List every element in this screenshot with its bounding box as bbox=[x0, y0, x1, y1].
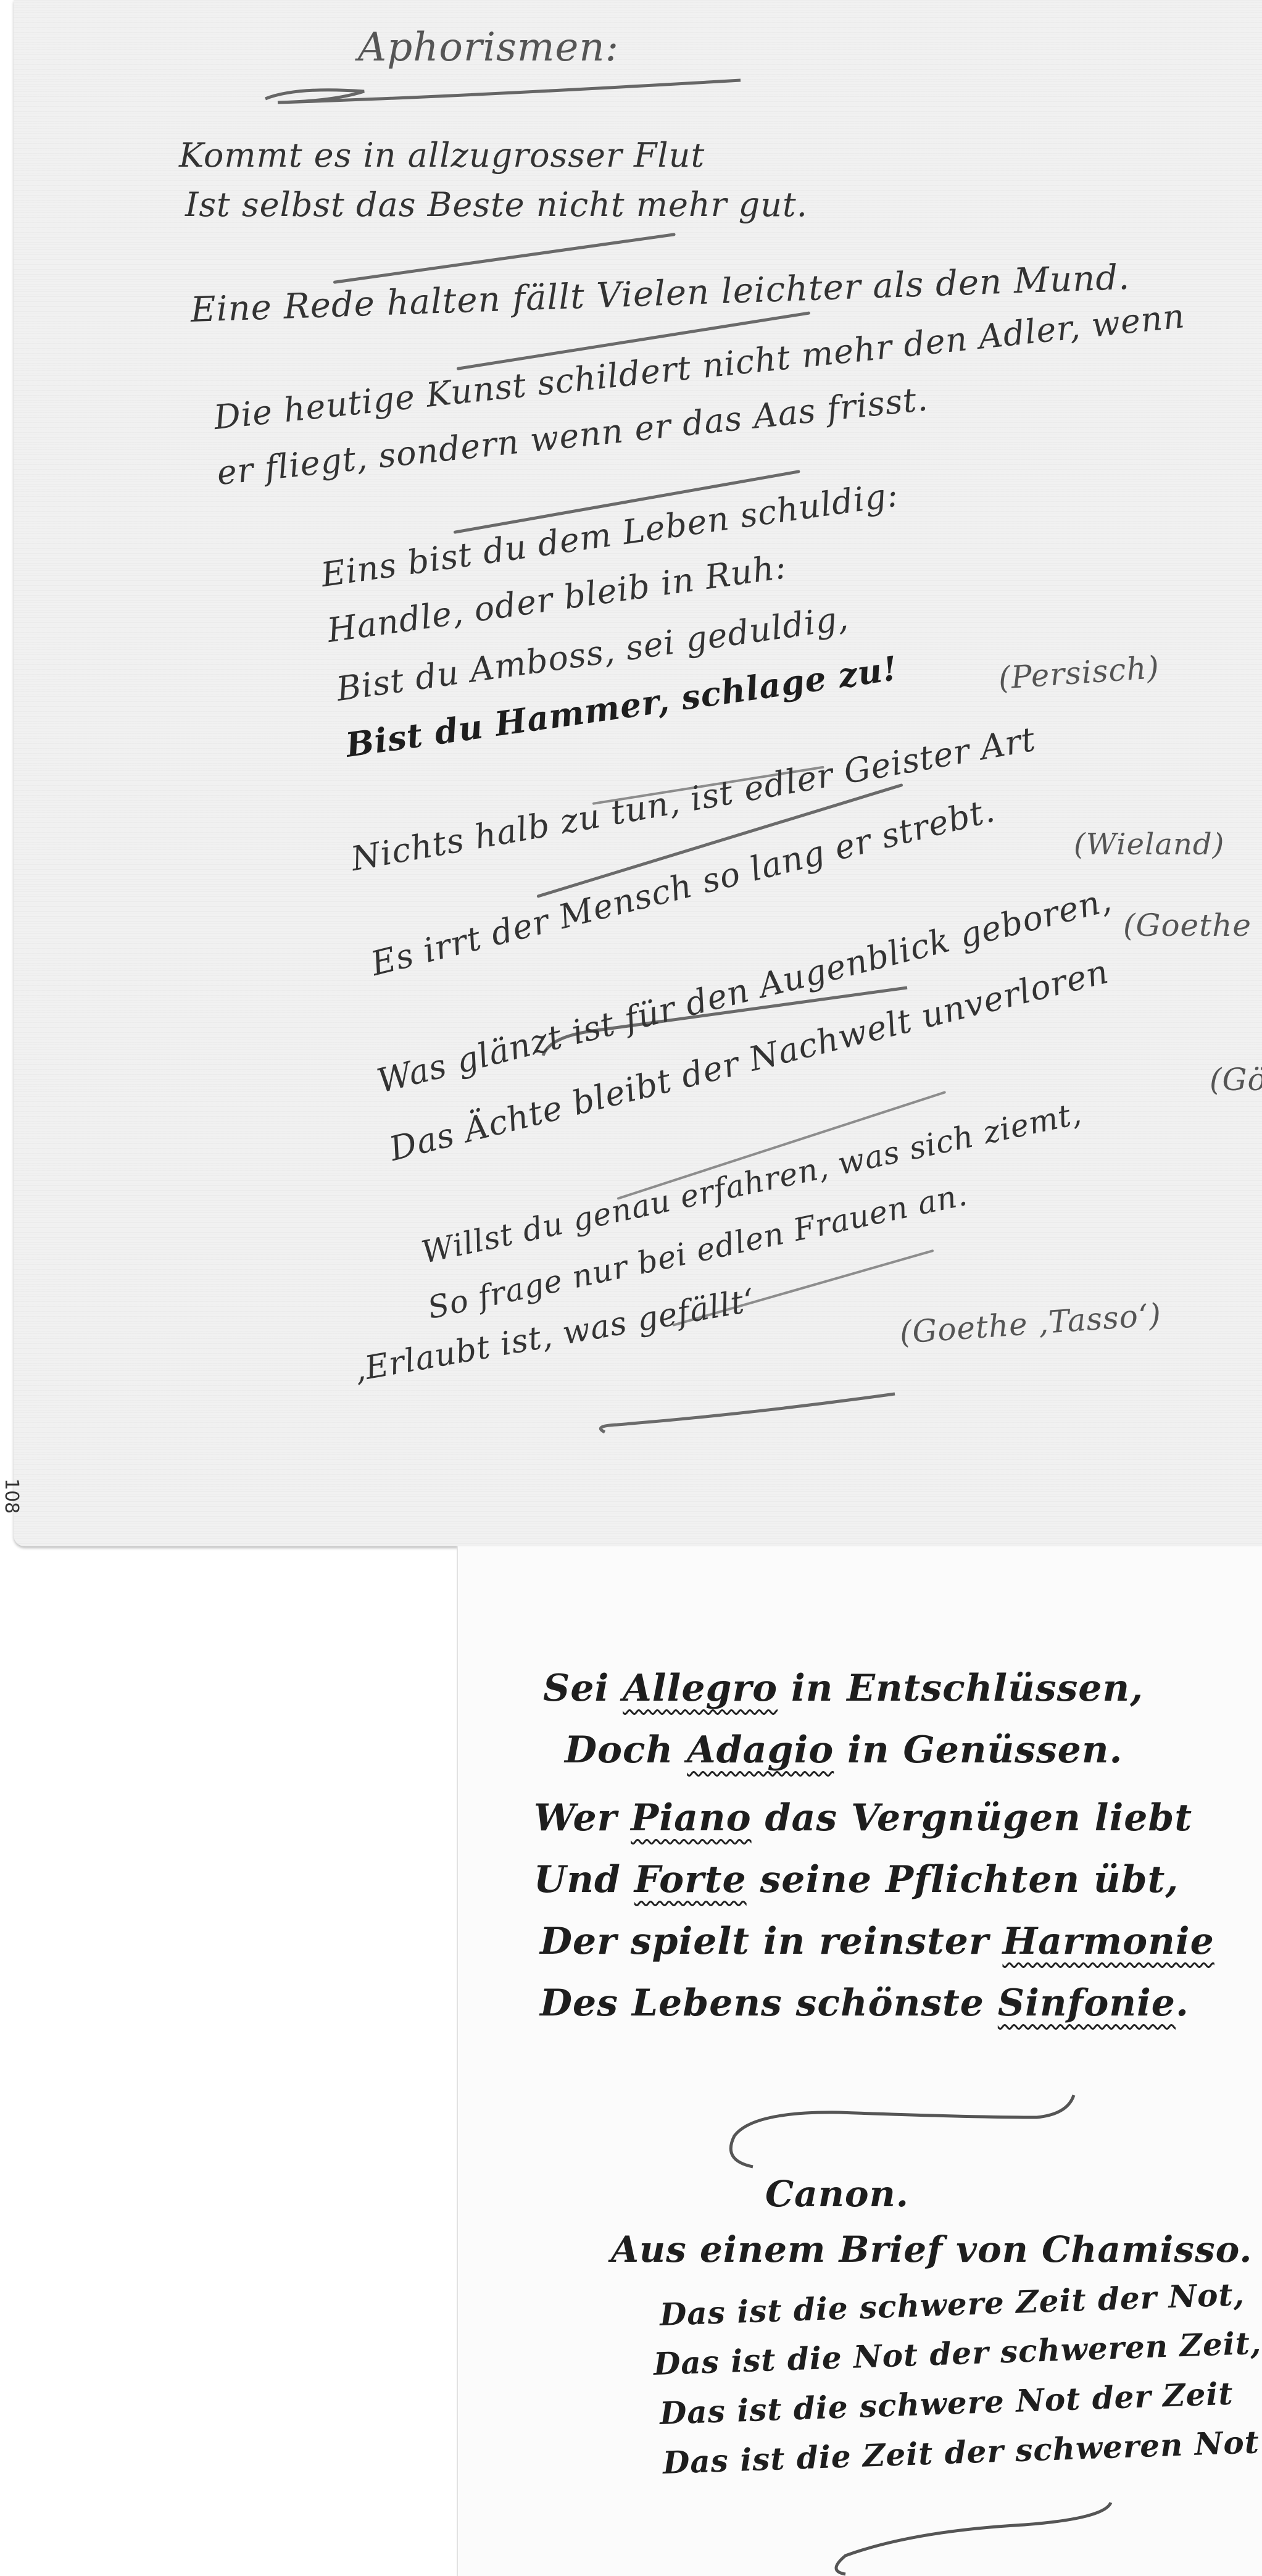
poem-text: Und bbox=[534, 1858, 634, 1901]
aphorism-7-attribution: (Gö bbox=[1210, 1062, 1262, 1098]
poem-text: Der spielt in reinster bbox=[540, 1920, 1002, 1963]
poem-text: Sei bbox=[543, 1667, 623, 1710]
aphorism-6-attribution: (Goethe bbox=[1123, 907, 1252, 943]
separator-flourish bbox=[592, 1389, 901, 1444]
closing-flourish bbox=[821, 2500, 1129, 2576]
aphorism-1-line-2: Ist selbst das Beste nicht mehr gut. bbox=[185, 185, 808, 224]
musical-term-underlined: Forte bbox=[634, 1858, 747, 1901]
poem-text: Wer bbox=[534, 1796, 631, 1840]
page-number: 108 bbox=[1, 1478, 22, 1514]
poem-line-3: Wer Piano das Vergnügen liebt bbox=[534, 1796, 1192, 1840]
poem-text: Des Lebens schönste bbox=[540, 1982, 998, 2025]
poem-line-6: Des Lebens schönste Sinfonie. bbox=[540, 1982, 1189, 2025]
title-underline-flourish bbox=[259, 74, 753, 111]
aphorism-5-attribution: (Wieland) bbox=[1074, 827, 1224, 862]
poem-text: in Entschlüssen, bbox=[778, 1667, 1144, 1710]
poem-line-1: Sei Allegro in Entschlüssen, bbox=[543, 1667, 1144, 1710]
document-title: Aphorismen: bbox=[358, 25, 619, 70]
canon-subtitle: Aus einem Brief von Chamisso. bbox=[611, 2228, 1252, 2270]
musical-term-underlined: Piano bbox=[631, 1796, 751, 1840]
musical-term-underlined: Allegro bbox=[623, 1667, 778, 1710]
poem-text: . bbox=[1176, 1982, 1189, 2025]
musical-term-underlined: Sinfonie bbox=[998, 1982, 1176, 2025]
poem-line-5: Der spielt in reinster Harmonie bbox=[540, 1920, 1214, 1963]
poem-text: in Genüssen. bbox=[834, 1728, 1123, 1772]
poem-text: das Vergnügen liebt bbox=[752, 1796, 1192, 1840]
aphorism-1-line-1: Kommt es in allzugrosser Flut bbox=[179, 136, 705, 175]
poem-text: Doch bbox=[565, 1728, 687, 1772]
section-divider-flourish bbox=[716, 2093, 1086, 2173]
musical-term-underlined: Adagio bbox=[687, 1728, 834, 1772]
musical-term-underlined: Harmonie bbox=[1002, 1920, 1214, 1963]
poem-line-2: Doch Adagio in Genüssen. bbox=[565, 1728, 1123, 1772]
poem-text: seine Pflichten übt, bbox=[747, 1858, 1179, 1901]
canon-title: Canon. bbox=[765, 2173, 909, 2215]
poem-line-4: Und Forte seine Pflichten übt, bbox=[534, 1858, 1179, 1901]
